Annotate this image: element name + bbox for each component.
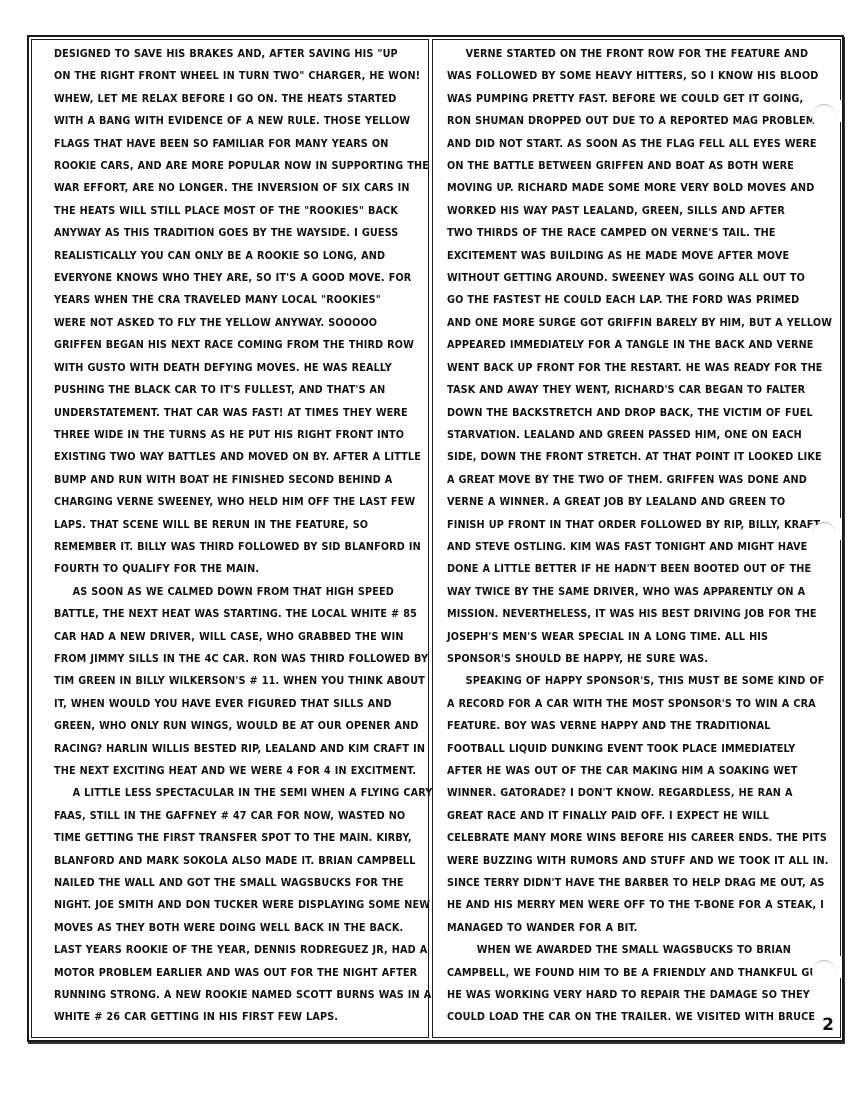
text-line: WHITE # 26 CAR GETTING IN HIS FIRST FEW … (54, 1006, 393, 1028)
text-line: MISSION. NEVERTHELESS, IT WAS HIS BEST D… (447, 603, 805, 625)
text-line: VERNE A WINNER. A GREAT JOB BY LEALAND A… (447, 491, 805, 513)
text-line: REALISTICALLY YOU CAN ONLY BE A ROOKIE S… (54, 245, 393, 267)
text-line: AS SOON AS WE CALMED DOWN FROM THAT HIGH… (54, 581, 393, 603)
text-line: FLAGS THAT HAVE BEEN SO FAMILIAR FOR MAN… (54, 133, 393, 155)
text-line: TWO THIRDS OF THE RACE CAMPED ON VERNE'S… (447, 222, 805, 244)
text-line: WINNER. GATORADE? I DON'T KNOW. REGARDLE… (447, 782, 805, 804)
text-line: AND ONE MORE SURGE GOT GRIFFIN BARELY BY… (447, 312, 805, 334)
text-line: ON THE BATTLE BETWEEN GRIFFEN AND BOAT A… (447, 155, 805, 177)
text-line: EVERYONE KNOWS WHO THEY ARE, SO IT'S A G… (54, 267, 393, 289)
text-line: A LITTLE LESS SPECTACULAR IN THE SEMI WH… (54, 782, 393, 804)
text-line: WERE BUZZING WITH RUMORS AND STUFF AND W… (447, 850, 805, 872)
text-line: SPONSOR'S SHOULD BE HAPPY, HE SURE WAS. (447, 648, 805, 670)
text-line: PUSHING THE BLACK CAR TO IT'S FULLEST, A… (54, 379, 393, 401)
text-line: DOWN THE BACKSTRETCH AND DROP BACK, THE … (447, 402, 805, 424)
punch-hole-gap (838, 956, 842, 978)
text-line: STARVATION. LEALAND AND GREEN PASSED HIM… (447, 424, 805, 446)
text-line: YEARS WHEN THE CRA TRAVELED MANY LOCAL "… (54, 289, 393, 311)
text-line: AND STEVE OSTLING. KIM WAS FAST TONIGHT … (447, 536, 805, 558)
text-line: SINCE TERRY DIDN'T HAVE THE BARBER TO HE… (447, 872, 805, 894)
text-line: WERE NOT ASKED TO FLY THE YELLOW ANYWAY.… (54, 312, 393, 334)
text-line: GRIFFEN BEGAN HIS NEXT RACE COMING FROM … (54, 334, 393, 356)
text-line: NAILED THE WALL AND GOT THE SMALL WAGSBU… (54, 872, 393, 894)
text-line: FOOTBALL LIQUID DUNKING EVENT TOOK PLACE… (447, 738, 805, 760)
text-line: APPEARED IMMEDIATELY FOR A TANGLE IN THE… (447, 334, 805, 356)
left-column-text: DESIGNED TO SAVE HIS BRAKES AND, AFTER S… (54, 43, 418, 1029)
text-line: MANAGED TO WANDER FOR A BIT. (447, 917, 805, 939)
text-line: ANYWAY AS THIS TRADITION GOES BY THE WAY… (54, 222, 393, 244)
text-line: THE HEATS WILL STILL PLACE MOST OF THE "… (54, 200, 393, 222)
text-line: GREAT RACE AND IT FINALLY PAID OFF. I EX… (447, 805, 805, 827)
text-line: REMEMBER IT. BILLY WAS THIRD FOLLOWED BY… (54, 536, 393, 558)
text-line: FAAS, STILL IN THE GAFFNEY # 47 CAR FOR … (54, 805, 393, 827)
text-line: FEATURE. BOY WAS VERNE HAPPY AND THE TRA… (447, 715, 805, 737)
text-line: GO THE FASTEST HE COULD EACH LAP. THE FO… (447, 289, 805, 311)
text-line: AND DID NOT START. AS SOON AS THE FLAG F… (447, 133, 805, 155)
text-line: LAPS. THAT SCENE WILL BE RERUN IN THE FE… (54, 514, 393, 536)
text-line: BLANFORD AND MARK SOKOLA ALSO MADE IT. B… (54, 850, 393, 872)
punch-hole-gap (838, 100, 842, 122)
text-line: FROM JIMMY SILLS IN THE 4C CAR. RON WAS … (54, 648, 393, 670)
text-line: BUMP AND RUN WITH BOAT HE FINISHED SECON… (54, 469, 393, 491)
text-line: RON SHUMAN DROPPED OUT DUE TO A REPORTED… (447, 110, 805, 132)
text-line: CAR HAD A NEW DRIVER, WILL CASE, WHO GRA… (54, 626, 393, 648)
text-line: JOSEPH'S MEN'S WEAR SPECIAL IN A LONG TI… (447, 626, 805, 648)
text-line: EXISTING TWO WAY BATTLES AND MOVED ON BY… (54, 446, 393, 468)
text-line: WITH GUSTO WITH DEATH DEFYING MOVES. HE … (54, 357, 393, 379)
text-line: CELEBRATE MANY MORE WINS BEFORE HIS CARE… (447, 827, 805, 849)
text-line: SPEAKING OF HAPPY SPONSOR'S, THIS MUST B… (447, 670, 805, 692)
text-line: DONE A LITTLE BETTER IF HE HADN'T BEEN B… (447, 558, 805, 580)
text-line: FINISH UP FRONT IN THAT ORDER FOLLOWED B… (447, 514, 805, 536)
text-line: TASK AND AWAY THEY WENT, RICHARD'S CAR B… (447, 379, 805, 401)
text-line: WITH A BANG WITH EVIDENCE OF A NEW RULE.… (54, 110, 393, 132)
text-line: IT, WHEN WOULD YOU HAVE EVER FIGURED THA… (54, 693, 393, 715)
text-line: WITHOUT GETTING AROUND. SWEENEY WAS GOIN… (447, 267, 805, 289)
text-line: THREE WIDE IN THE TURNS AS HE PUT HIS RI… (54, 424, 393, 446)
text-line: RACING? HARLIN WILLIS BESTED RIP, LEALAN… (54, 738, 393, 760)
text-line: WAY TWICE BY THE SAME DRIVER, WHO WAS AP… (447, 581, 805, 603)
text-line: EXCITEMENT WAS BUILDING AS HE MADE MOVE … (447, 245, 805, 267)
text-line: WAS PUMPING PRETTY FAST. BEFORE WE COULD… (447, 88, 805, 110)
text-line: TIME GETTING THE FIRST TRANSFER SPOT TO … (54, 827, 393, 849)
text-line: CAMPBELL, WE FOUND HIM TO BE A FRIENDLY … (447, 962, 805, 984)
text-line: DESIGNED TO SAVE HIS BRAKES AND, AFTER S… (54, 43, 393, 65)
text-line: WORKED HIS WAY PAST LEALAND, GREEN, SILL… (447, 200, 805, 222)
text-line: MOVES AS THEY BOTH WERE DOING WELL BACK … (54, 917, 393, 939)
punch-hole-mark (812, 104, 836, 129)
text-line: A GREAT MOVE BY THE TWO OF THEM. GRIFFEN… (447, 469, 805, 491)
text-line: VERNE STARTED ON THE FRONT ROW FOR THE F… (447, 43, 805, 65)
punch-hole-mark (812, 960, 836, 985)
punch-hole-mark (812, 522, 836, 547)
text-line: HE WAS WORKING VERY HARD TO REPAIR THE D… (447, 984, 805, 1006)
text-line: LAST YEARS ROOKIE OF THE YEAR, DENNIS RO… (54, 939, 393, 961)
text-line: HE AND HIS MERRY MEN WERE OFF TO THE T-B… (447, 894, 805, 916)
text-line: COULD LOAD THE CAR ON THE TRAILER. WE VI… (447, 1006, 805, 1028)
left-column: DESIGNED TO SAVE HIS BRAKES AND, AFTER S… (31, 39, 429, 1038)
text-line: MOVING UP. RICHARD MADE SOME MORE VERY B… (447, 177, 805, 199)
text-line: BATTLE, THE NEXT HEAT WAS STARTING. THE … (54, 603, 393, 625)
text-line: AFTER HE WAS OUT OF THE CAR MAKING HIM A… (447, 760, 805, 782)
text-line: UNDERSTATEMENT. THAT CAR WAS FAST! AT TI… (54, 402, 393, 424)
punch-hole-gap (838, 518, 842, 540)
text-line: ON THE RIGHT FRONT WHEEL IN TURN TWO" CH… (54, 65, 393, 87)
text-line: ROOKIE CARS, AND ARE MORE POPULAR NOW IN… (54, 155, 393, 177)
text-line: A RECORD FOR A CAR WITH THE MOST SPONSOR… (447, 693, 805, 715)
text-line: THE NEXT EXCITING HEAT AND WE WERE 4 FOR… (54, 760, 393, 782)
text-line: NIGHT. JOE SMITH AND DON TUCKER WERE DIS… (54, 894, 393, 916)
text-line: GREEN, WHO ONLY RUN WINGS, WOULD BE AT O… (54, 715, 393, 737)
text-line: CHARGING VERNE SWEENEY, WHO HELD HIM OFF… (54, 491, 393, 513)
text-line: SIDE, DOWN THE FRONT STRETCH. AT THAT PO… (447, 446, 805, 468)
text-line: TIM GREEN IN BILLY WILKERSON'S # 11. WHE… (54, 670, 393, 692)
text-line: WAS FOLLOWED BY SOME HEAVY HITTERS, SO I… (447, 65, 805, 87)
text-line: WENT BACK UP FRONT FOR THE RESTART. HE W… (447, 357, 805, 379)
right-column-text: VERNE STARTED ON THE FRONT ROW FOR THE F… (447, 43, 832, 1029)
text-line: RUNNING STRONG. A NEW ROOKIE NAMED SCOTT… (54, 984, 393, 1006)
text-line: WHEN WE AWARDED THE SMALL WAGSBUCKS TO B… (447, 939, 805, 961)
text-line: WHEW, LET ME RELAX BEFORE I GO ON. THE H… (54, 88, 393, 110)
right-column: VERNE STARTED ON THE FRONT ROW FOR THE F… (432, 39, 841, 1038)
text-line: MOTOR PROBLEM EARLIER AND WAS OUT FOR TH… (54, 962, 393, 984)
text-line: WAR EFFORT, ARE NO LONGER. THE INVERSION… (54, 177, 393, 199)
text-line: FOURTH TO QUALIFY FOR THE MAIN. (54, 558, 393, 580)
page-number: 2 (822, 1015, 834, 1035)
